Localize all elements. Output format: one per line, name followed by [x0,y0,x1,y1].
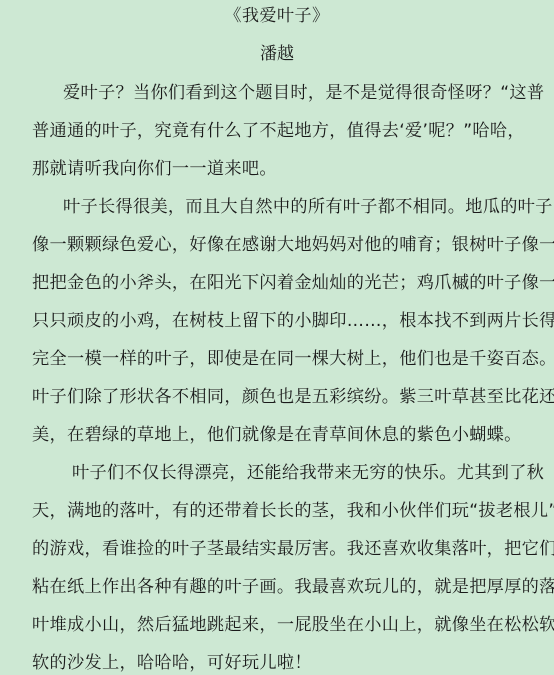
text-line: 只只顽皮的小鸡，在树枝上留下的小脚印……，根本找不到两片长得 [32,309,554,333]
text-line: 叶堆成小山，然后猛地跳起来，一屁股坐在小山上，就像坐在松松软 [32,613,554,637]
essay-title: 《我爱叶子》 [0,4,554,28]
text-line: 叶子长得很美，而且大自然中的所有叶子都不相同。地瓜的叶子 [63,195,553,219]
text-line: 叶子们不仅长得漂亮，还能给我带来无穷的快乐。尤其到了秋 [72,461,544,485]
text-line: 的游戏，看谁捡的叶子茎最结实最厉害。我还喜欢收集落叶，把它们 [32,537,554,561]
text-line: 天，满地的落叶，有的还带着长长的茎，我和小伙伴们玩“拔老根儿” [32,499,554,523]
text-line: 像一颗颗绿色爱心，好像在感谢大地妈妈对他的哺育；银树叶子像一 [32,233,554,257]
text-line: 叶子们除了形状各不相同，颜色也是五彩缤纷。紫三叶草甚至比花还 [32,385,554,409]
essay-author: 潘越 [0,42,554,66]
text-line: 普通通的叶子，究竟有什么了不起地方，值得去‘爱’呢？”哈哈， [32,119,525,143]
essay-page: 《我爱叶子》 潘越 爱叶子？当你们看到这个题目时，是不是觉得很奇怪呀？“这普 普… [0,0,554,675]
text-line: 软的沙发上，哈哈哈，可好玩儿啦！ [32,651,312,675]
text-line: 粘在纸上作出各种有趣的叶子画。我最喜欢玩儿的，就是把厚厚的落 [32,575,554,599]
text-line: 完全一模一样的叶子，即使是在同一棵大树上，他们也是千姿百态。 [32,347,554,371]
text-line: 爱叶子？当你们看到这个题目时，是不是觉得很奇怪呀？“这普 [63,81,544,105]
text-line: 把把金色的小斧头，在阳光下闪着金灿灿的光芒；鸡爪槭的叶子像一 [32,271,554,295]
text-line: 美，在碧绿的草地上，他们就像是在青草间休息的紫色小蝴蝶。 [32,423,522,447]
text-line: 那就请听我向你们一一道来吧。 [32,157,277,181]
